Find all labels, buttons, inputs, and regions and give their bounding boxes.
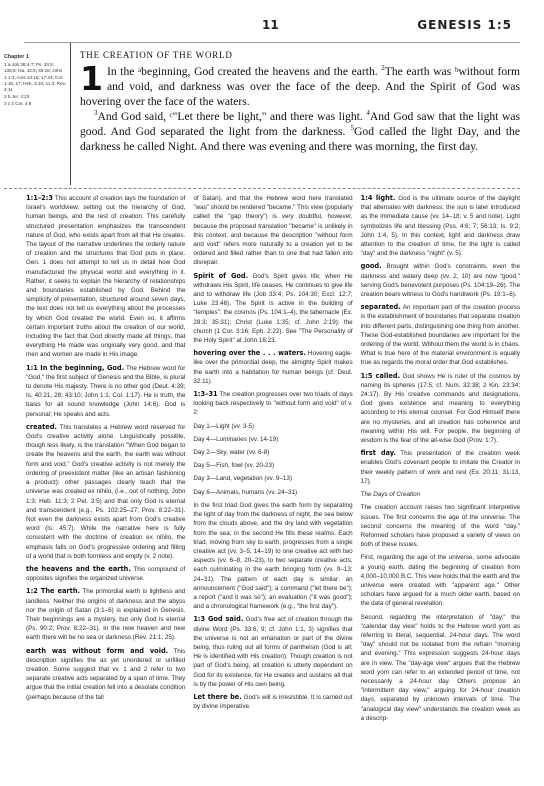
- study-note-continuation: of Satan), and that the Hebrew word here…: [193, 194, 352, 268]
- study-note: first day. This presentation of the crea…: [361, 449, 520, 486]
- notes-column-3: 1:4 light. God is the ultimate source of…: [361, 194, 520, 727]
- study-note: the heavens and the earth. This compound…: [26, 565, 185, 583]
- note-text: God is the ultimate source of the daylig…: [361, 195, 520, 257]
- section-title: THE CREATION OF THE WORLD: [80, 50, 520, 60]
- study-note: 1:1–2:3 This account of creation lays th…: [26, 194, 185, 360]
- note-heading: 1:3–31: [193, 390, 217, 398]
- day-list-item: Day 2—Sky, water (vv. 6-8): [193, 448, 352, 457]
- header-divider: [24, 42, 520, 43]
- note-text: The creation progresses over two triads …: [193, 391, 352, 416]
- study-note: 1:3–31 The creation progresses over two …: [193, 390, 352, 418]
- note-heading: Spirit of God.: [193, 272, 248, 280]
- note-heading: separated.: [361, 303, 401, 311]
- verse-3: And God said, ᶜ"Let there be light," and…: [98, 110, 367, 123]
- cross-reference-column: Chapter 1 1 a Job 38:4-7; Ps. 33:6; 136:…: [4, 54, 66, 109]
- note-heading: first day.: [361, 449, 396, 457]
- notes-column-1: 1:1–2:3 This account of creation lays th…: [26, 194, 185, 727]
- study-note-paragraph: In the first triad God gives the earth f…: [193, 501, 352, 611]
- note-text: This description signifies the as yet un…: [26, 648, 185, 701]
- cross-reference-title: Chapter 1: [4, 54, 66, 60]
- note-heading: the heavens and the earth.: [26, 565, 131, 573]
- note-text: The primordial earth is lightless and la…: [26, 588, 185, 641]
- note-heading: 1:3 God said.: [193, 615, 243, 623]
- verse-paragraph: 1 In the ᵃbeginning, God created the hea…: [80, 64, 520, 109]
- cross-reference-entry: 1 a Job 38:4-7; Ps. 33:6; 136:5; Isa. 42…: [4, 62, 66, 93]
- note-text: This account of creation lays the founda…: [26, 195, 185, 358]
- study-note: 1:4 light. God is the ultimate source of…: [361, 194, 520, 258]
- day-list-item: Day 3—Land, vegetation (vv. 9–13): [193, 474, 352, 483]
- note-heading: hovering over the . . . waters.: [193, 349, 306, 357]
- study-note: Spirit of God. God's Spirit gives life; …: [193, 272, 352, 346]
- book-reference: GENESIS 1:5: [417, 18, 512, 32]
- scripture-divider: [4, 188, 520, 189]
- scripture-text: THE CREATION OF THE WORLD 1 In the ᵃbegi…: [80, 46, 520, 154]
- study-note: earth was without form and void. This de…: [26, 647, 185, 702]
- note-text: The Hebrew word for "God," the first sub…: [26, 365, 185, 418]
- note-text: God shows He is ruler of the cosmos by n…: [361, 373, 520, 444]
- cross-reference-entry: 2 b Jer. 4:23: [4, 94, 66, 100]
- note-text: An important part of the creation proces…: [361, 304, 520, 366]
- study-note: 1:1 In the beginning, God. The Hebrew wo…: [26, 364, 185, 419]
- study-note: Let there be. God's will is irresistible…: [193, 693, 352, 711]
- study-notes: 1:1–2:3 This account of creation lays th…: [26, 194, 520, 727]
- note-heading: 1:5 called.: [361, 372, 400, 380]
- study-note: 1:3 God said. God's free act of creation…: [193, 615, 352, 689]
- note-heading: earth was without form and void.: [26, 647, 168, 655]
- day-list-item: Day 5—Fish, fowl (vv. 20-23): [193, 461, 352, 470]
- chapter-number: 1: [80, 65, 103, 93]
- day-list-item: Day 6—Animals, humans (vv. 24–31): [193, 488, 352, 497]
- article-subheading: The Days of Creation: [361, 490, 520, 499]
- note-heading: 1:1 In the beginning, God.: [26, 364, 124, 372]
- study-note: good. Brought within God's constraints, …: [361, 262, 520, 299]
- study-note: hovering over the . . . waters. Hovering…: [193, 349, 352, 386]
- article-paragraph: First, regarding the age of the universe…: [361, 553, 520, 608]
- article-paragraph: Second, regarding the interpretation of …: [361, 613, 520, 723]
- cross-reference-entry: 3 c 2 Cor. 4:6: [4, 101, 66, 107]
- study-note: created. This translates a Hebrew word r…: [26, 423, 185, 561]
- note-heading: good.: [361, 262, 382, 270]
- study-note: separated. An important part of the crea…: [361, 303, 520, 367]
- note-heading: 1:2 The earth.: [26, 587, 80, 595]
- note-heading: created.: [26, 423, 57, 431]
- article-paragraph: The creation account raises two signific…: [361, 503, 520, 549]
- page-number: 11: [262, 18, 279, 32]
- study-note: 1:5 called. God shows He is ruler of the…: [361, 372, 520, 446]
- note-heading: 1:4 light.: [361, 194, 396, 202]
- column-divider: [70, 43, 71, 185]
- note-text: Brought within God's constraints, even t…: [361, 263, 520, 298]
- note-text: God's free act of creation through the d…: [193, 616, 352, 687]
- note-heading: Let there be.: [193, 693, 241, 701]
- notes-column-2: of Satan), and that the Hebrew word here…: [193, 194, 352, 727]
- note-heading: 1:1–2:3: [26, 194, 53, 202]
- verse-paragraph: 3And God said, ᶜ"Let there be light," an…: [80, 109, 520, 154]
- running-head: 11 GENESIS 1:5: [0, 14, 544, 38]
- note-text: God's Spirit gives life; when He withdra…: [193, 273, 352, 344]
- note-text: This translates a Hebrew word reserved f…: [26, 424, 185, 560]
- day-list-item: Day 1—Light (vv. 3-5): [193, 422, 352, 431]
- study-note: 1:2 The earth. The primordial earth is l…: [26, 587, 185, 642]
- day-list-item: Day 4—Luminaries (vv. 14-19): [193, 435, 352, 444]
- verse-1: In the ᵃbeginning, God created the heave…: [107, 65, 381, 78]
